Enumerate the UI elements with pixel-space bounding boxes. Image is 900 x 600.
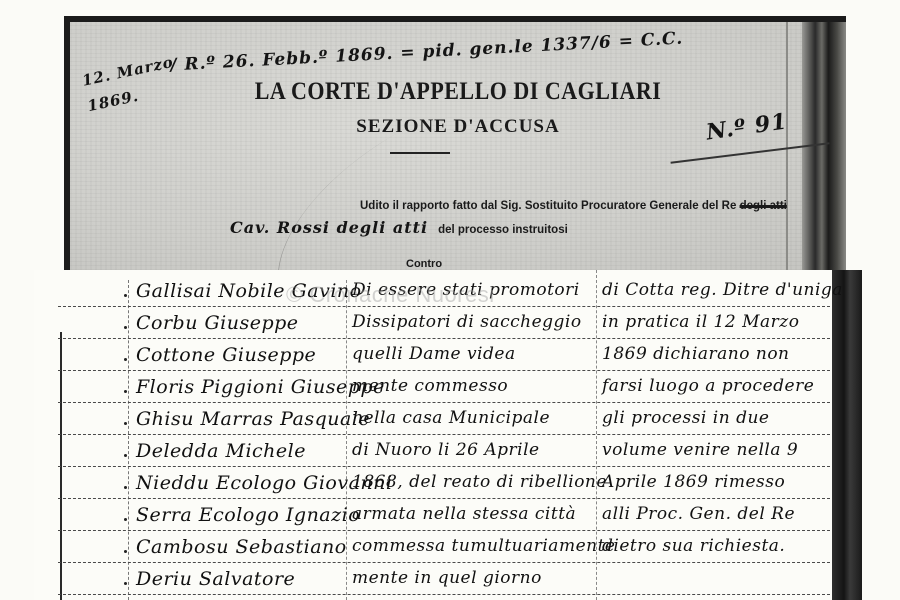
text-column-2: di Nuoro li 26 Aprile <box>352 440 540 460</box>
printed-text: Udito il rapporto fatto dal Sig. Sostitu… <box>360 200 736 212</box>
defendant-name: Floris Piggioni Giuseppe <box>136 376 385 398</box>
ledger-row: Serra Ecologo Ignazio armata nella stess… <box>58 498 830 531</box>
text-column-2: nella casa Municipale <box>352 408 550 428</box>
defendant-name: Deledda Michele <box>136 440 306 462</box>
contro-label: Contro <box>406 258 442 270</box>
handwritten-fill-in: Cav. Rossi degli atti <box>230 218 428 237</box>
printed-court-form: 12. Marzo 1869. / R.º 26. Febb.º 1869. =… <box>64 16 846 270</box>
ledger-row: Floris Piggioni Giuseppe mente commesso … <box>58 370 830 403</box>
row-bullet <box>124 486 127 489</box>
text-column-3: di Cotta reg. Ditre d'uniga <box>602 280 843 300</box>
defendant-name: Ghisu Marras Pasquale <box>136 408 370 430</box>
text-column-2: 1868, del reato di ribellione <box>352 472 607 492</box>
defendant-name: Serra Ecologo Ignazio <box>136 504 360 526</box>
row-bullet <box>124 326 127 329</box>
text-column-2: commessa tumultuariamente <box>352 536 615 556</box>
defendant-name: Cottone Giuseppe <box>136 344 316 366</box>
row-bullet <box>124 582 127 585</box>
text-column-3: alli Proc. Gen. del Re <box>602 504 795 524</box>
row-bullet <box>124 454 127 457</box>
ledger-row: Cottone Giuseppe quelli Dame videa 1869 … <box>58 338 830 371</box>
court-section-subtitle: SEZIONE D'ACCUSA <box>70 116 846 138</box>
form-line-2: Cav. Rossi degli atti del processo instr… <box>230 218 568 238</box>
ledger-row: Nieddu Ecologo Giovanni 1868, del reato … <box>58 466 830 499</box>
defendant-name: Gallisai Nobile Gavino <box>136 280 362 302</box>
handwritten-reference-annotation: / R.º 26. Febb.º 1869. = pid. gen.le 133… <box>170 29 684 76</box>
row-bullet <box>124 294 127 297</box>
struck-text: degli atti <box>740 200 787 212</box>
row-bullet <box>124 358 127 361</box>
ledger-row: Deriu Salvatore mente in quel giorno <box>58 562 830 595</box>
text-column-3: gli processi in due <box>602 408 769 428</box>
ledger-row: Corbu Giuseppe Dissipatori di saccheggio… <box>58 306 830 339</box>
row-bullet <box>124 390 127 393</box>
ledger-row: Gallisai Nobile Gavino Di essere stati p… <box>58 274 830 307</box>
title-divider <box>390 152 450 154</box>
text-column-2: mente commesso <box>352 376 508 396</box>
row-bullet <box>124 422 127 425</box>
ledger-row: Cambosu Sebastiano commessa tumultuariam… <box>58 530 830 563</box>
text-column-3: volume venire nella 9 <box>602 440 798 460</box>
text-column-2: Dissipatori di saccheggio <box>352 312 582 332</box>
defendant-name: Cambosu Sebastiano <box>136 536 347 558</box>
text-column-3: farsi luogo a procedere <box>602 376 814 396</box>
defendant-name: Deriu Salvatore <box>136 568 295 590</box>
text-column-3: 1869 dichiarano non <box>602 344 790 364</box>
form-inner-border <box>786 22 788 270</box>
text-column-2: mente in quel giorno <box>352 568 542 588</box>
text-column-2: armata nella stessa città <box>352 504 576 524</box>
text-column-3: dietro sua richiesta. <box>602 536 785 556</box>
defendant-name: Corbu Giuseppe <box>136 312 299 334</box>
ledger-row: Ghisu Marras Pasquale nella casa Municip… <box>58 402 830 435</box>
handwritten-ledger: Gallisai Nobile Gavino Di essere stati p… <box>34 270 862 600</box>
court-title: LA CORTE D'APPELLO DI CAGLIARI <box>70 76 846 106</box>
text-column-3: Aprile 1869 rimesso <box>602 472 785 492</box>
text-column-3: in pratica il 12 Marzo <box>602 312 799 332</box>
form-printed-line-1: Udito il rapporto fatto dal Sig. Sostitu… <box>360 200 787 212</box>
printed-text: del processo instruitosi <box>438 224 568 236</box>
row-bullet <box>124 550 127 553</box>
ledger-row: Deledda Michele di Nuoro li 26 Aprile vo… <box>58 434 830 467</box>
text-column-2: Di essere stati promotori <box>352 280 580 300</box>
text-column-2: quelli Dame videa <box>352 344 516 364</box>
ledger-binding-edge <box>832 270 862 600</box>
row-bullet <box>124 518 127 521</box>
